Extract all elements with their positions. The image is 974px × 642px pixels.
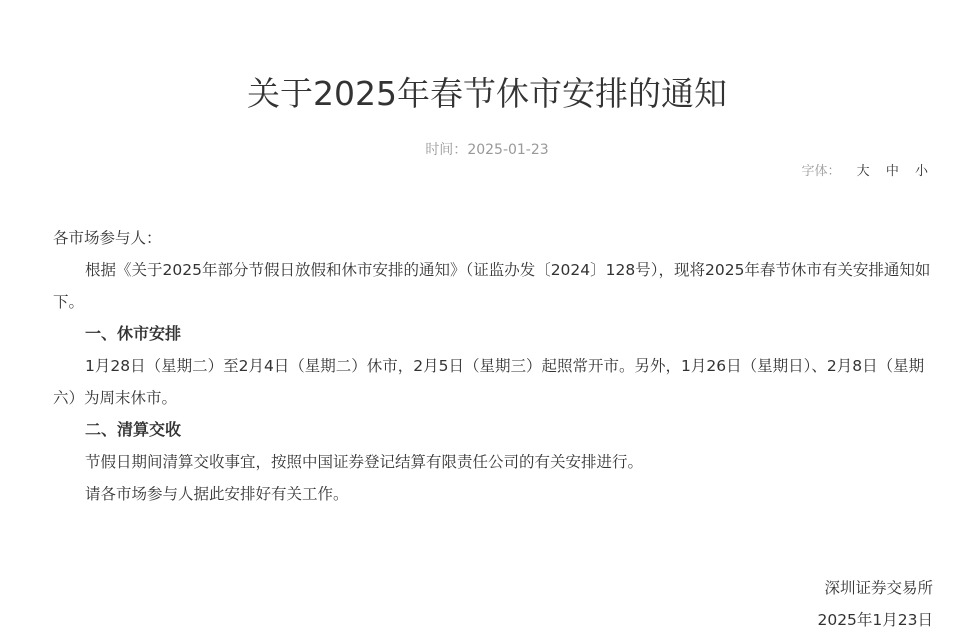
- section-paragraph: 节假日期间清算交收事宜，按照中国证券登记结算有限责任公司的有关安排进行。: [53, 446, 933, 478]
- font-size-label: 字体：: [802, 164, 841, 179]
- closing-paragraph: 请各市场参与人据此安排好有关工作。: [53, 478, 933, 510]
- section-heading: 二、清算交收: [53, 414, 933, 446]
- signature-org: 深圳证券交易所: [817, 572, 933, 604]
- font-size-large-button[interactable]: 大: [857, 164, 870, 179]
- publish-time-value: 2025-01-23: [467, 142, 548, 158]
- signature-date: 2025年1月23日: [817, 604, 933, 636]
- intro-paragraph: 根据《关于2025年部分节假日放假和休市安排的通知》（证监办发〔2024〕128…: [53, 254, 933, 318]
- signature-block: 深圳证券交易所 2025年1月23日: [817, 572, 933, 636]
- font-size-small-button[interactable]: 小: [915, 164, 928, 179]
- publish-time: 时间：2025-01-23: [0, 139, 974, 159]
- section-heading: 一、休市安排: [53, 318, 933, 350]
- article-body: 各市场参与人： 根据《关于2025年部分节假日放假和休市安排的通知》（证监办发〔…: [53, 222, 933, 510]
- font-size-medium-button[interactable]: 中: [886, 164, 899, 179]
- section-paragraph: 1月28日（星期二）至2月4日（星期二）休市，2月5日（星期三）起照常开市。另外…: [53, 350, 933, 414]
- font-size-selector: 字体： 大 中 小: [802, 160, 928, 179]
- page-title: 关于2025年春节休市安排的通知: [0, 70, 974, 118]
- publish-time-label: 时间：: [425, 142, 467, 158]
- salutation: 各市场参与人：: [53, 222, 933, 254]
